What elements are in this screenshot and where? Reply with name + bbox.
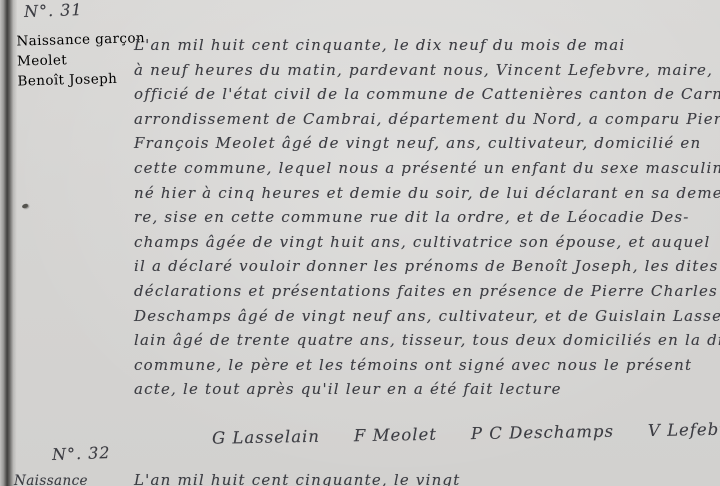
- act-line: acte, le tout après qu'il leur en a été …: [134, 377, 718, 402]
- next-record-margin-partial: Naissance: [14, 473, 88, 486]
- act-line: champs âgée de vingt huit ans, cultivatr…: [134, 230, 718, 255]
- act-line: re, sise en cette commune rue dit la ord…: [134, 205, 718, 230]
- margin-annotation: Naissance garçon Meolet Benoît Joseph: [16, 29, 133, 92]
- act-line: lain âgé de trente quatre ans, tisseur, …: [134, 328, 718, 353]
- act-line: déclarations et présentations faites en …: [134, 279, 718, 304]
- signature-deschamps: P C Deschamps: [471, 422, 614, 443]
- act-line: commune, le père et les témoins ont sign…: [134, 353, 718, 378]
- act-line: François Meolet âgé de vingt neuf, ans, …: [134, 131, 718, 156]
- next-record-body-partial: L'an mil huit cent cinquante, le vingt: [134, 471, 460, 486]
- record-number-32: N°. 32: [52, 443, 111, 464]
- signature-lasselain: G Lasselain: [212, 427, 320, 448]
- act-line: arrondissement de Cambrai, département d…: [134, 107, 718, 132]
- register-page-scan: N°. 31 Naissance garçon Meolet Benoît Jo…: [0, 0, 720, 486]
- act-body-text: L'an mil huit cent cinquante, le dix neu…: [134, 33, 718, 402]
- signature-lefebvre: V Lefebvre: [648, 419, 720, 440]
- margin-line-forenames: Benoît Joseph: [17, 68, 132, 91]
- act-line: L'an mil huit cent cinquante, le dix neu…: [134, 33, 718, 58]
- signature-row: G Lasselain F Meolet P C Deschamps V Lef…: [212, 419, 720, 447]
- ink-speck: [22, 203, 29, 208]
- act-line: à neuf heures du matin, pardevant nous, …: [134, 58, 718, 83]
- act-line: officié de l'état civil de la commune de…: [134, 82, 718, 107]
- signature-meolet: F Meolet: [354, 425, 437, 445]
- book-binding-edge: [0, 0, 17, 486]
- margin-line-event: Naissance garçon: [16, 29, 131, 52]
- record-number-31: N°. 31: [24, 0, 83, 21]
- act-line: il a déclaré vouloir donner les prénoms …: [134, 254, 718, 279]
- act-line: né hier à cinq heures et demie du soir, …: [134, 181, 718, 206]
- act-line: cette commune, lequel nous a présenté un…: [134, 156, 718, 181]
- act-line: Deschamps âgé de vingt neuf ans, cultiva…: [134, 304, 718, 329]
